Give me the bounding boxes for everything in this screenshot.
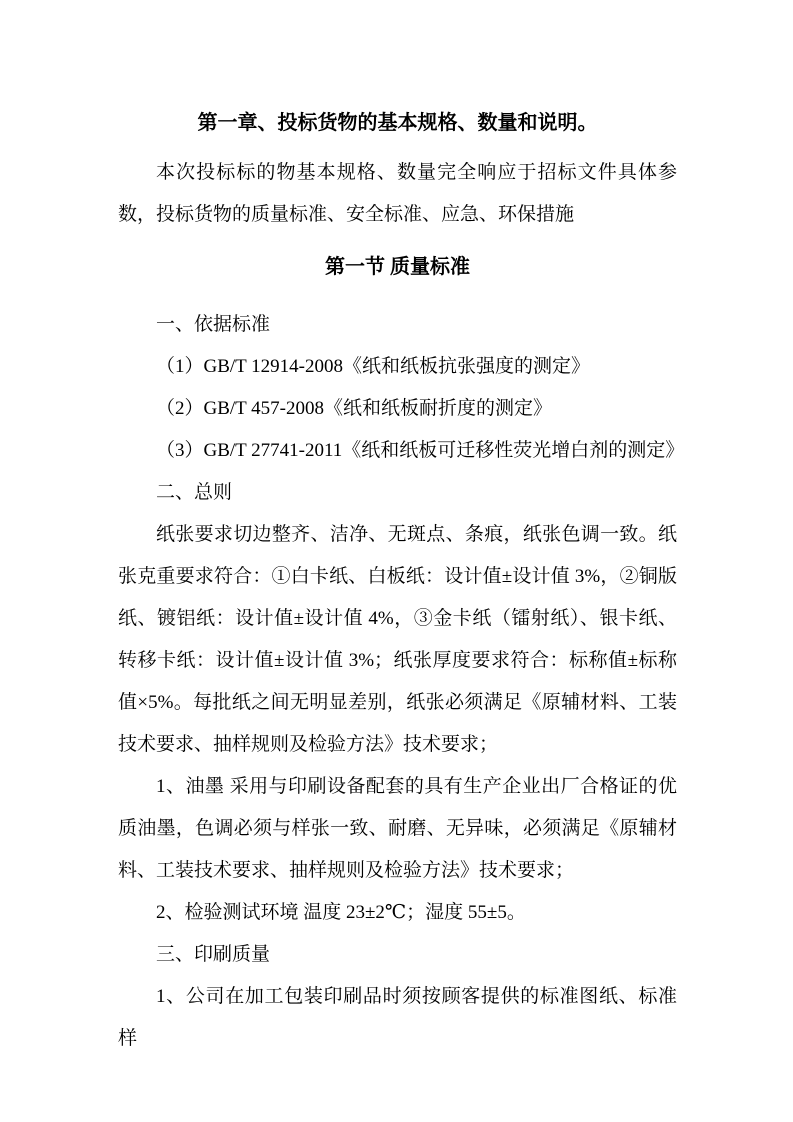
paper-requirements-paragraph: 纸张要求切边整齐、洁净、无斑点、条痕，纸张色调一致。纸张克重要求符合：①白卡纸、…: [118, 514, 677, 766]
standard-item-3: （3）GB/T 27741-2011《纸和纸板可迁移性荧光增白剂的测定》: [118, 430, 677, 472]
ink-requirements-paragraph: 1、油墨 采用与印刷设备配套的具有生产企业出厂合格证的优质油墨，色调必须与样张一…: [118, 766, 677, 892]
intro-paragraph: 本次投标标的物基本规格、数量完全响应于招标文件具体参数，投标货物的质量标准、安全…: [118, 152, 677, 236]
document-page: 第一章、投标货物的基本规格、数量和说明。 本次投标标的物基本规格、数量完全响应于…: [0, 0, 793, 1122]
chapter-heading: 第一章、投标货物的基本规格、数量和说明。: [118, 100, 677, 146]
list-heading-basis-standards: 一、依据标准: [118, 304, 677, 346]
test-environment-paragraph: 2、检验测试环境 温度 23±2℃；湿度 55±5。: [118, 892, 677, 934]
section-heading: 第一节 质量标准: [118, 244, 677, 290]
standard-item-2: （2）GB/T 457-2008《纸和纸板耐折度的测定》: [118, 388, 677, 430]
list-heading-general-rules: 二、总则: [118, 472, 677, 514]
list-heading-print-quality: 三、印刷质量: [118, 934, 677, 976]
print-quality-item-1: 1、公司在加工包装印刷品时须按顾客提供的标准图纸、标准样: [118, 976, 677, 1060]
standard-item-1: （1）GB/T 12914-2008《纸和纸板抗张强度的测定》: [118, 346, 677, 388]
